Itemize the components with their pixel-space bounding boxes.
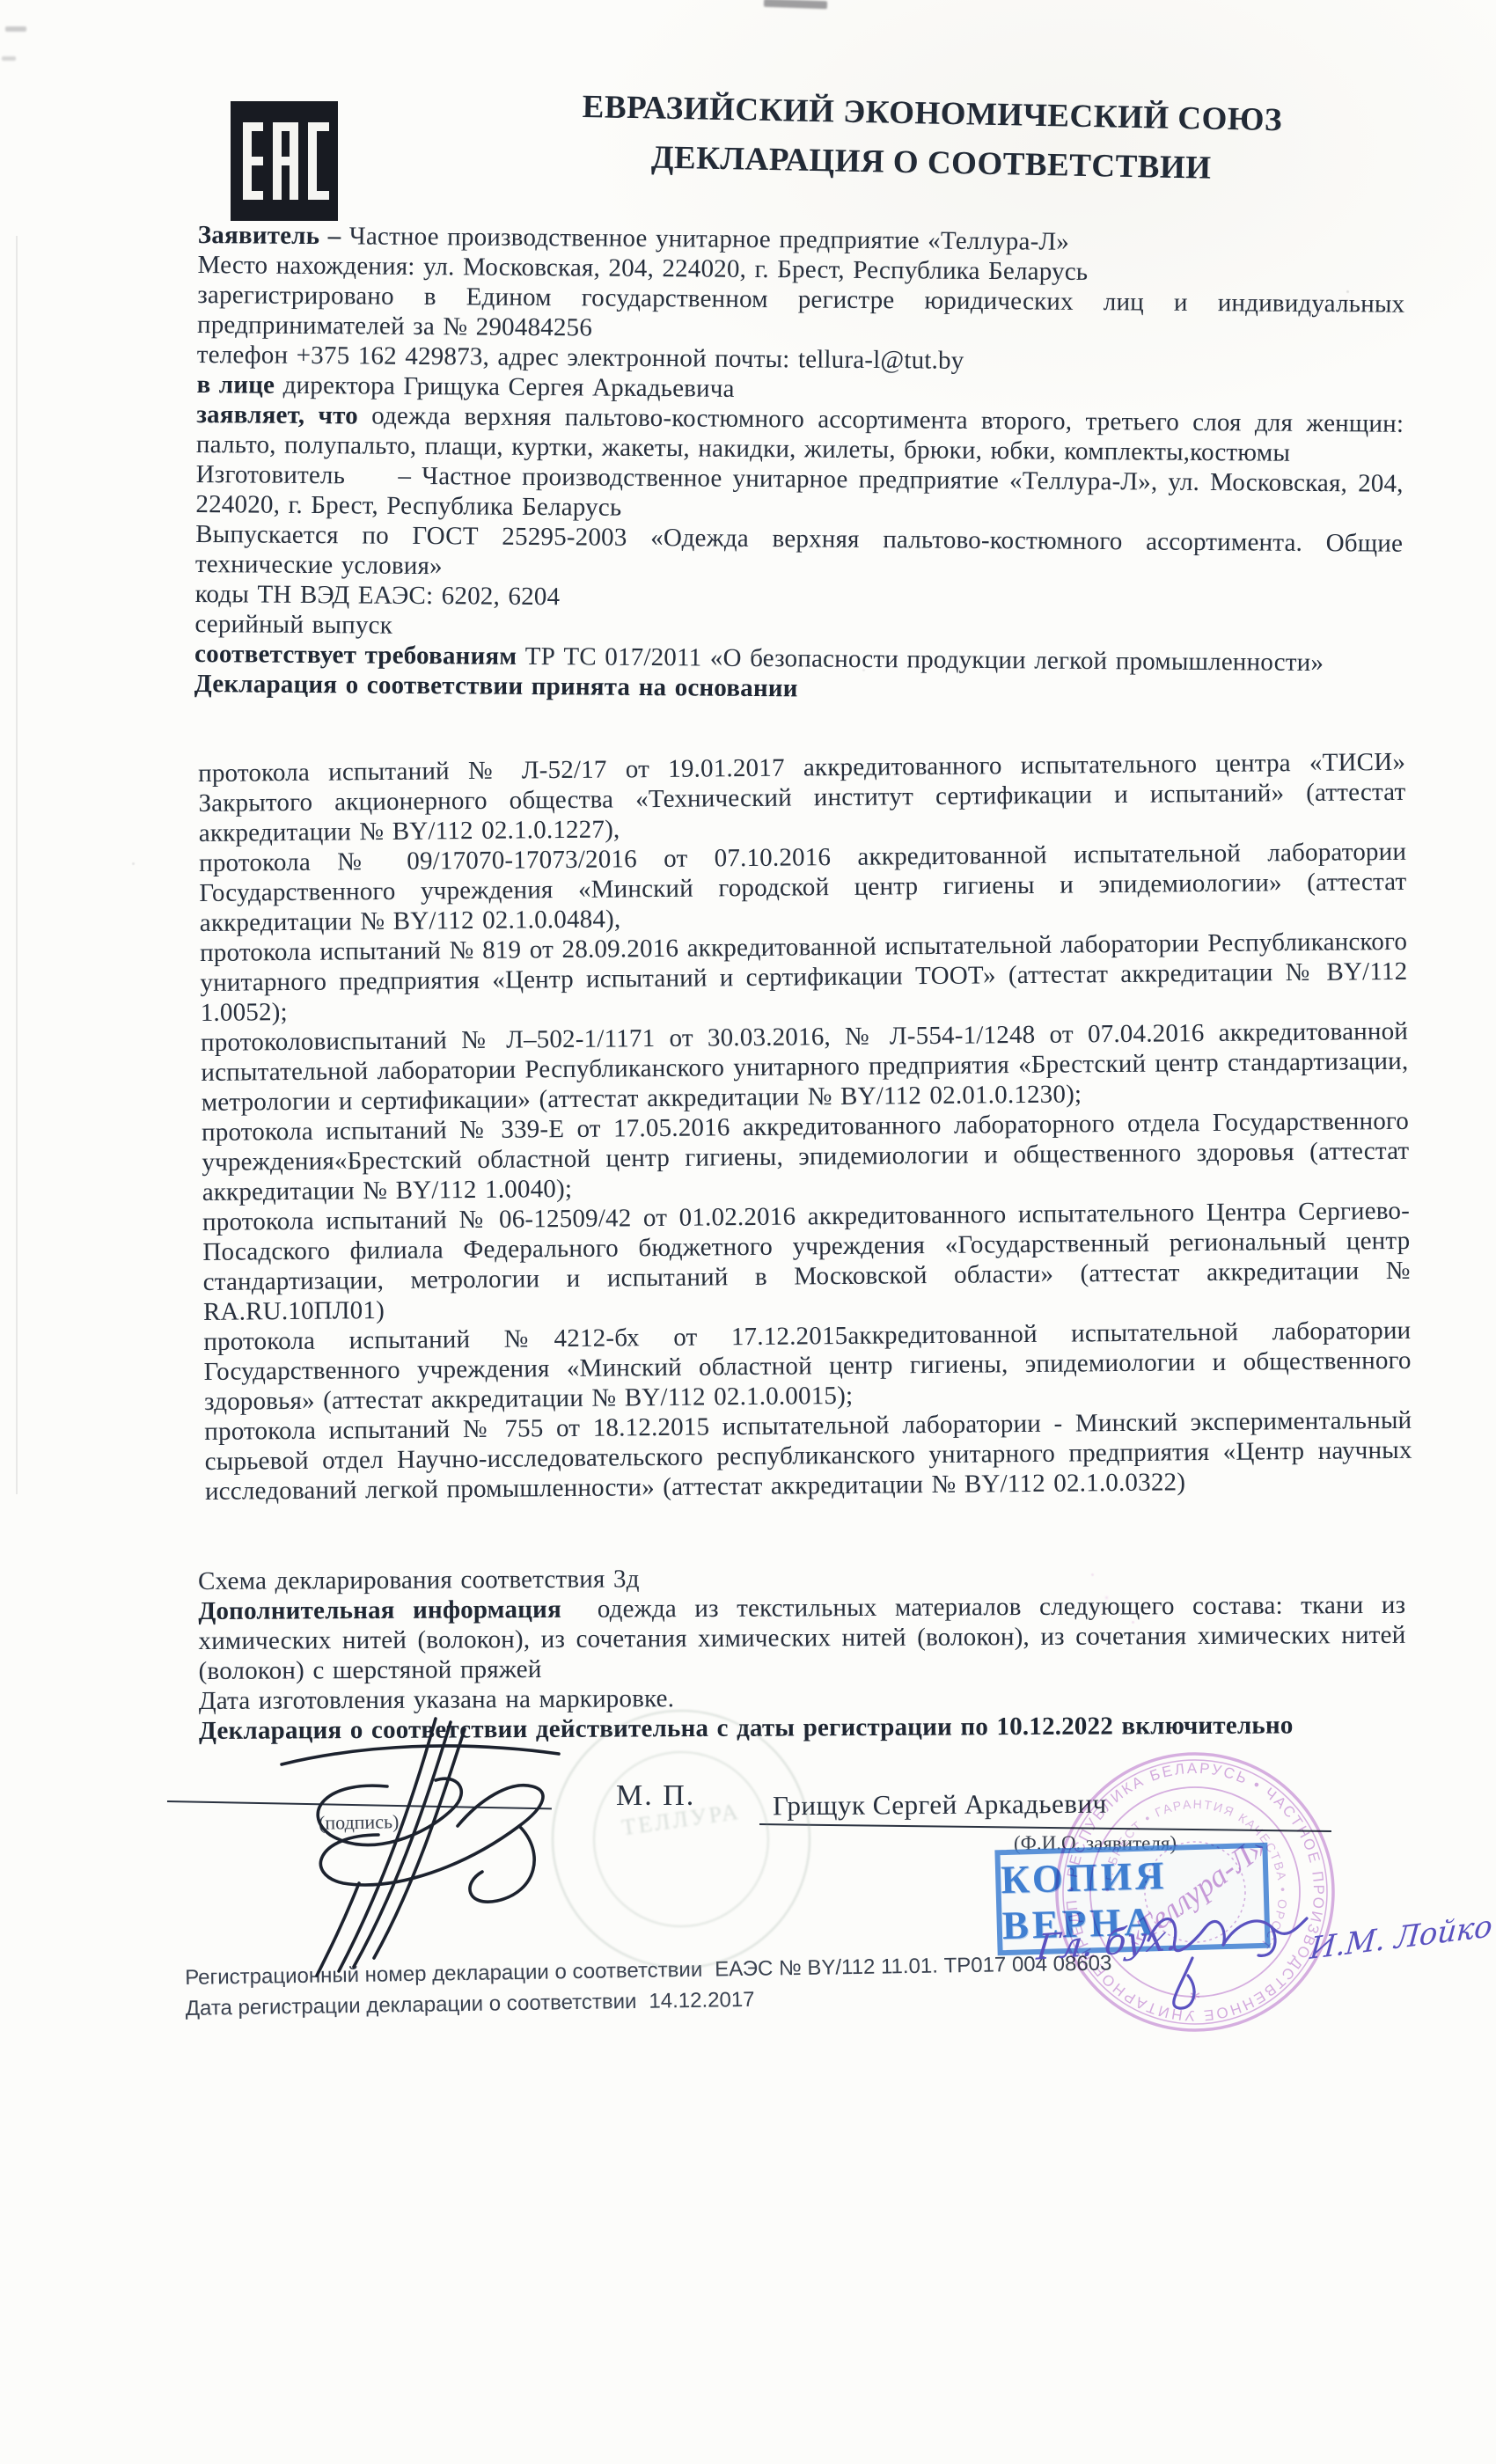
body-paragraph: Дополнительная информация одежда из текс… [198, 1590, 1406, 1686]
paragraph-lead: Декларация о соответствии принята на осн… [194, 670, 798, 702]
body-paragraph: протоколовиспытаний № Л–502-1/1171 от 30… [201, 1016, 1409, 1118]
paragraph-lead: Дополнительная информация [198, 1595, 579, 1625]
paragraph-text: одежда верхняя пальтово-костюмного ассор… [196, 402, 1404, 467]
paragraph-lead: соответствует требованиям [194, 640, 525, 671]
faint-round-stamp: ТЕЛЛУРА [552, 1710, 810, 1969]
paragraph-text: директора Грищука Сергея Аркадьевича [283, 371, 735, 403]
paragraph-text: протокола испытаний № 06-12509/42 от 01.… [202, 1197, 1411, 1326]
body-paragraph: Изготовитель – Частное производственное … [195, 459, 1403, 529]
paragraph-lead: заявляет, что [196, 400, 371, 430]
scan-edge-line [16, 236, 18, 1494]
eac-logo [231, 101, 338, 221]
body-paragraphs-protocols: протокола испытаний № Л-52/17 от 19.01.2… [198, 747, 1412, 1507]
scan-artifact [2, 56, 16, 61]
paragraph-text: телефон +375 162 429873, адрес электронн… [197, 341, 964, 375]
eac-logo-icon [231, 101, 338, 221]
document-title: ЕВРАЗИЙСКИЙ ЭКОНОМИЧЕСКИЙ СОЮЗ ДЕКЛАРАЦИ… [491, 81, 1373, 196]
body-paragraph: протокола испытаний № 06-12509/42 от 01.… [202, 1196, 1411, 1327]
paragraph-text: серийный выпуск [194, 610, 392, 640]
paragraph-text: Выпускается по ГОСТ 25295-2003 «Одежда в… [195, 520, 1403, 580]
paragraph-text: протокола испытаний № 339-Е от 17.05.201… [202, 1107, 1410, 1206]
handwritten-signature-icon [255, 1703, 581, 1984]
paragraph-text: протокола испытаний № 755 от 18.12.2015 … [204, 1406, 1412, 1506]
body-paragraph: протокола испытаний № 819 от 28.09.2016 … [200, 927, 1408, 1028]
paragraph-text: Частное производственное унитарное предп… [349, 222, 1069, 255]
registration-date-value: 14.12.2017 [649, 1988, 755, 2013]
paragraph-text: Схема декларирования соответствия 3д [198, 1565, 640, 1595]
document-sheet: ЕВРАЗИЙСКИЙ ЭКОНОМИЧЕСКИЙ СОЮЗ ДЕКЛАРАЦИ… [0, 0, 1496, 2464]
paragraph-text: протокола испытаний № Л-52/17 от 19.01.2… [198, 748, 1406, 847]
paragraph-text: коды ТН ВЭД ЕАЭС: 6202, 6204 [195, 580, 561, 611]
handwriting-accountant-signature-icon [1140, 1892, 1324, 2015]
paragraph-text: протоколовиспытаний № Л–502-1/1171 от 30… [201, 1017, 1409, 1117]
paragraph-text: протокола № 09/17070-17073/2016 от 07.10… [199, 838, 1407, 937]
body-paragraphs-top: Заявитель – Частное производственное уни… [194, 220, 1405, 708]
body-paragraph: протокола № 09/17070-17073/2016 от 07.10… [199, 837, 1407, 938]
paragraph-lead: в лице [196, 370, 282, 400]
paragraph-text: зарегистрировано в Едином государственно… [197, 281, 1404, 342]
registration-date-label: Дата регистрации декларации о соответств… [186, 1990, 637, 2020]
paragraph-text: протокола испытаний № 819 от 28.09.2016 … [200, 928, 1408, 1027]
scan-speckles [0, 0, 3, 3]
body-paragraph: Выпускается по ГОСТ 25295-2003 «Одежда в… [195, 519, 1403, 589]
body-paragraph: зарегистрировано в Едином государственно… [197, 280, 1404, 349]
body-paragraph: протокола испытаний № 339-Е от 17.05.201… [202, 1106, 1410, 1207]
paragraph-text: протокола испытаний №4212-бх от 17.12.20… [203, 1316, 1412, 1416]
body-paragraph: протокола испытаний № Л-52/17 от 19.01.2… [198, 747, 1406, 848]
body-paragraph: протокола испытаний № 755 от 18.12.2015 … [204, 1405, 1412, 1507]
paragraph-text: Изготовитель – Частное производственное … [195, 460, 1403, 522]
body-paragraph: заявляет, что одежда верхняя пальтово-ко… [196, 400, 1404, 469]
body-paragraph: протокола испытаний №4212-бх от 17.12.20… [203, 1316, 1412, 1417]
paragraph-lead: Заявитель – [198, 221, 349, 250]
scan-artifact [5, 26, 26, 32]
scan-artifact [764, 0, 827, 9]
